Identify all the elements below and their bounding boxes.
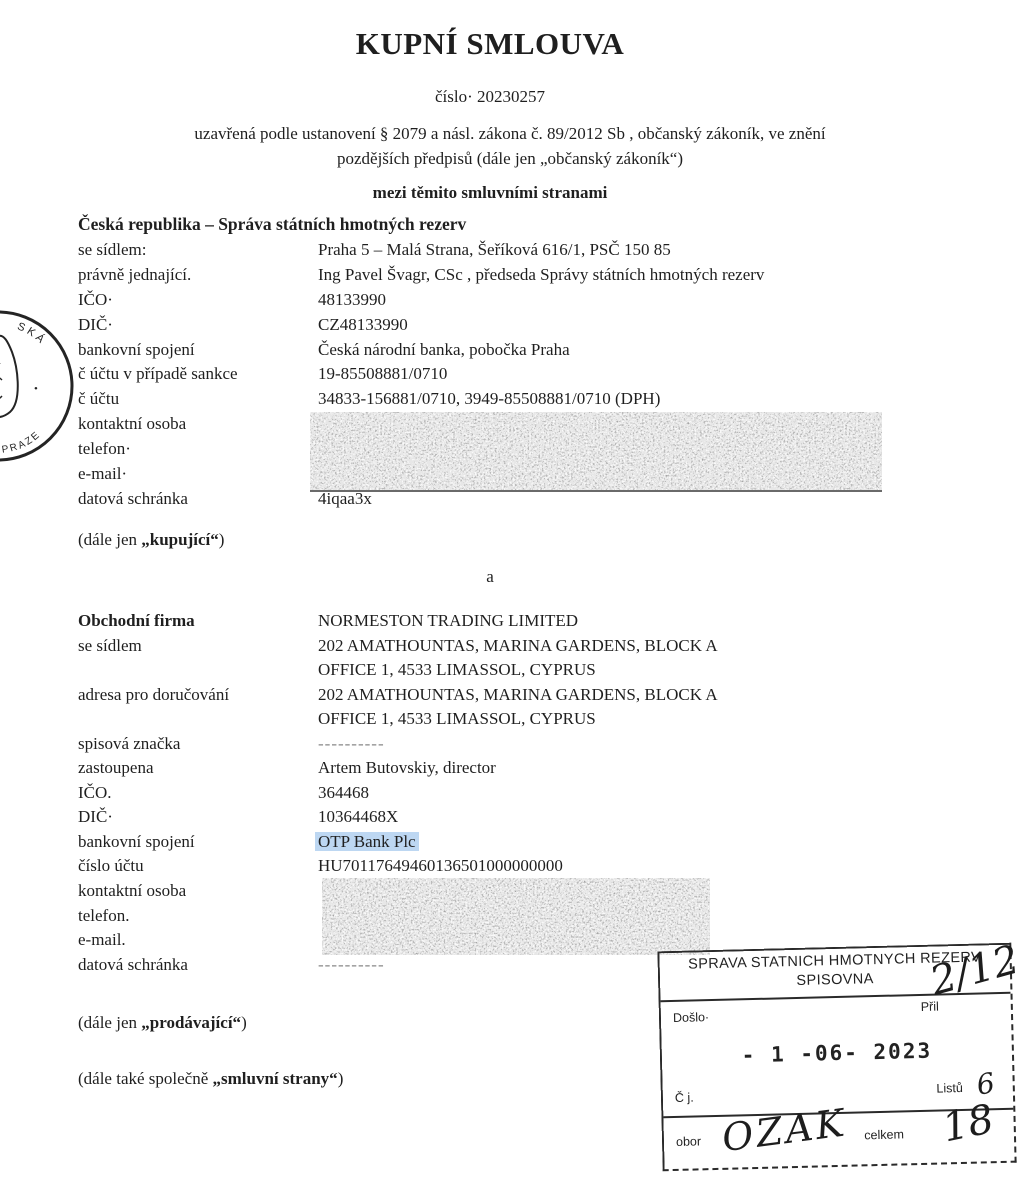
buyer-heading: Česká republika – Správa státních hmotný… [78, 214, 938, 235]
field-value: 202 AMATHOUNTAS, MARINA GARDENS, BLOCK A [318, 636, 958, 661]
field-label: telefon· [78, 439, 318, 464]
field-label: kontaktní osoba [78, 881, 318, 906]
buyer-alias: (dále jen „kupující“) [78, 530, 224, 550]
field-value: 364468 [318, 783, 958, 808]
field-label: adresa pro doručování [78, 685, 318, 710]
odbor-label: obor [676, 1134, 701, 1149]
field-label: bankovní spojení [78, 832, 318, 857]
field-label: IČO· [78, 290, 318, 315]
field-value: 4iqaa3x [318, 489, 958, 514]
document-title: KUPNÍ SMLOUVA [60, 26, 920, 62]
field-label: se sídlem [78, 636, 318, 661]
field-value: 34833-156881/0710, 3949-85508881/0710 (D… [318, 389, 958, 414]
field-label: e-mail. [78, 930, 318, 955]
alias-prefix: (dále jen [78, 530, 141, 549]
redacted-block [310, 412, 882, 492]
alias-suffix: ) [338, 1069, 344, 1088]
field-label: právně jednající. [78, 265, 318, 290]
field-label: č účtu v případě sankce [78, 364, 318, 389]
field-label: DIČ· [78, 807, 318, 832]
field-label: spisová značka [78, 734, 318, 759]
field-value: Praha 5 – Malá Strana, Šeříková 616/1, P… [318, 240, 958, 265]
field-value: 202 AMATHOUNTAS, MARINA GARDENS, BLOCK A [318, 685, 958, 710]
field-label [78, 709, 318, 734]
seller-alias: (dále jen „prodávající“) [78, 1013, 247, 1033]
notary-round-stamp-icon: SKÁ OTÁŘKA I PRAZE • [0, 302, 82, 470]
received-date-stamp: - 1 -06- 2023 [662, 1037, 1012, 1070]
field-label: č účtu [78, 389, 318, 414]
field-label [78, 660, 318, 685]
field-value: ---------- [318, 734, 958, 759]
field-value: NORMESTON TRADING LIMITED [318, 611, 958, 636]
contract-page: SKÁ OTÁŘKA I PRAZE • KUPNÍ SMLOUVA číslo… [0, 0, 1024, 1188]
field-label: se sídlem: [78, 240, 318, 265]
field-label: IČO. [78, 783, 318, 808]
field-value: OFFICE 1, 4533 LIMASSOL, CYPRUS [318, 709, 958, 734]
field-value: 19-85508881/0710 [318, 364, 958, 389]
field-value: 48133990 [318, 290, 958, 315]
field-label: Obchodní firma [78, 611, 318, 636]
alias-term: „prodávající“ [141, 1013, 241, 1032]
parties-separator: a [60, 567, 920, 587]
field-value: Ing Pavel Švagr, CSc , předseda Správy s… [318, 265, 958, 290]
field-label: DIČ· [78, 315, 318, 340]
doslo-label: Došlo· [673, 1010, 709, 1025]
field-label: telefon. [78, 906, 318, 931]
field-value: 10364468X [318, 807, 958, 832]
parties-heading: mezi těmito smluvními stranami [60, 183, 920, 203]
intro-line-2: pozdějších předpisů (dále jen „občanský … [60, 149, 960, 169]
field-value: Artem Butovskiy, director [318, 758, 958, 783]
field-label: číslo účtu [78, 856, 318, 881]
intro-line-1: uzavřená podle ustanovení § 2079 a násl.… [60, 124, 960, 144]
joint-alias: (dále také společně „smluvní strany“) [78, 1069, 343, 1089]
contract-number: číslo· 20230257 [60, 87, 920, 107]
field-label: datová schránka [78, 489, 318, 514]
field-label: bankovní spojení [78, 340, 318, 365]
cj-label: Č j. [675, 1091, 694, 1105]
field-label: e-mail· [78, 464, 318, 489]
field-value: CZ48133990 [318, 315, 958, 340]
svg-text:SKÁ: SKÁ [15, 320, 49, 347]
celkem-handwritten-value: 18 [939, 1096, 998, 1151]
odbor-handwritten-value: OZAK [719, 1100, 849, 1160]
listu-label: Listů [936, 1081, 963, 1096]
celkem-label: celkem [864, 1127, 904, 1142]
field-value: Česká národní banka, pobočka Praha [318, 340, 958, 365]
svg-text:•: • [34, 383, 38, 395]
alias-term: „smluvní strany“ [213, 1069, 338, 1088]
alias-prefix: (dále jen [78, 1013, 141, 1032]
redacted-block [322, 878, 710, 955]
alias-prefix: (dále také společně [78, 1069, 213, 1088]
alias-suffix: ) [241, 1013, 247, 1032]
field-label: kontaktní osoba [78, 414, 318, 439]
registry-stamp-box: SPRAVA STATNICH HMOTNYCH REZERV SPISOVNA… [657, 943, 1016, 1172]
bank-name-highlighted: OTP Bank Plc [315, 832, 419, 851]
field-label: datová schránka [78, 955, 318, 980]
pril-handwritten-value: 2/12 [926, 937, 1024, 1005]
notary-arc-top-text: SKÁ [15, 320, 49, 347]
field-label: zastoupena [78, 758, 318, 783]
alias-suffix: ) [219, 530, 225, 549]
field-value: OFFICE 1, 4533 LIMASSOL, CYPRUS [318, 660, 958, 685]
alias-term: „kupující“ [141, 530, 218, 549]
